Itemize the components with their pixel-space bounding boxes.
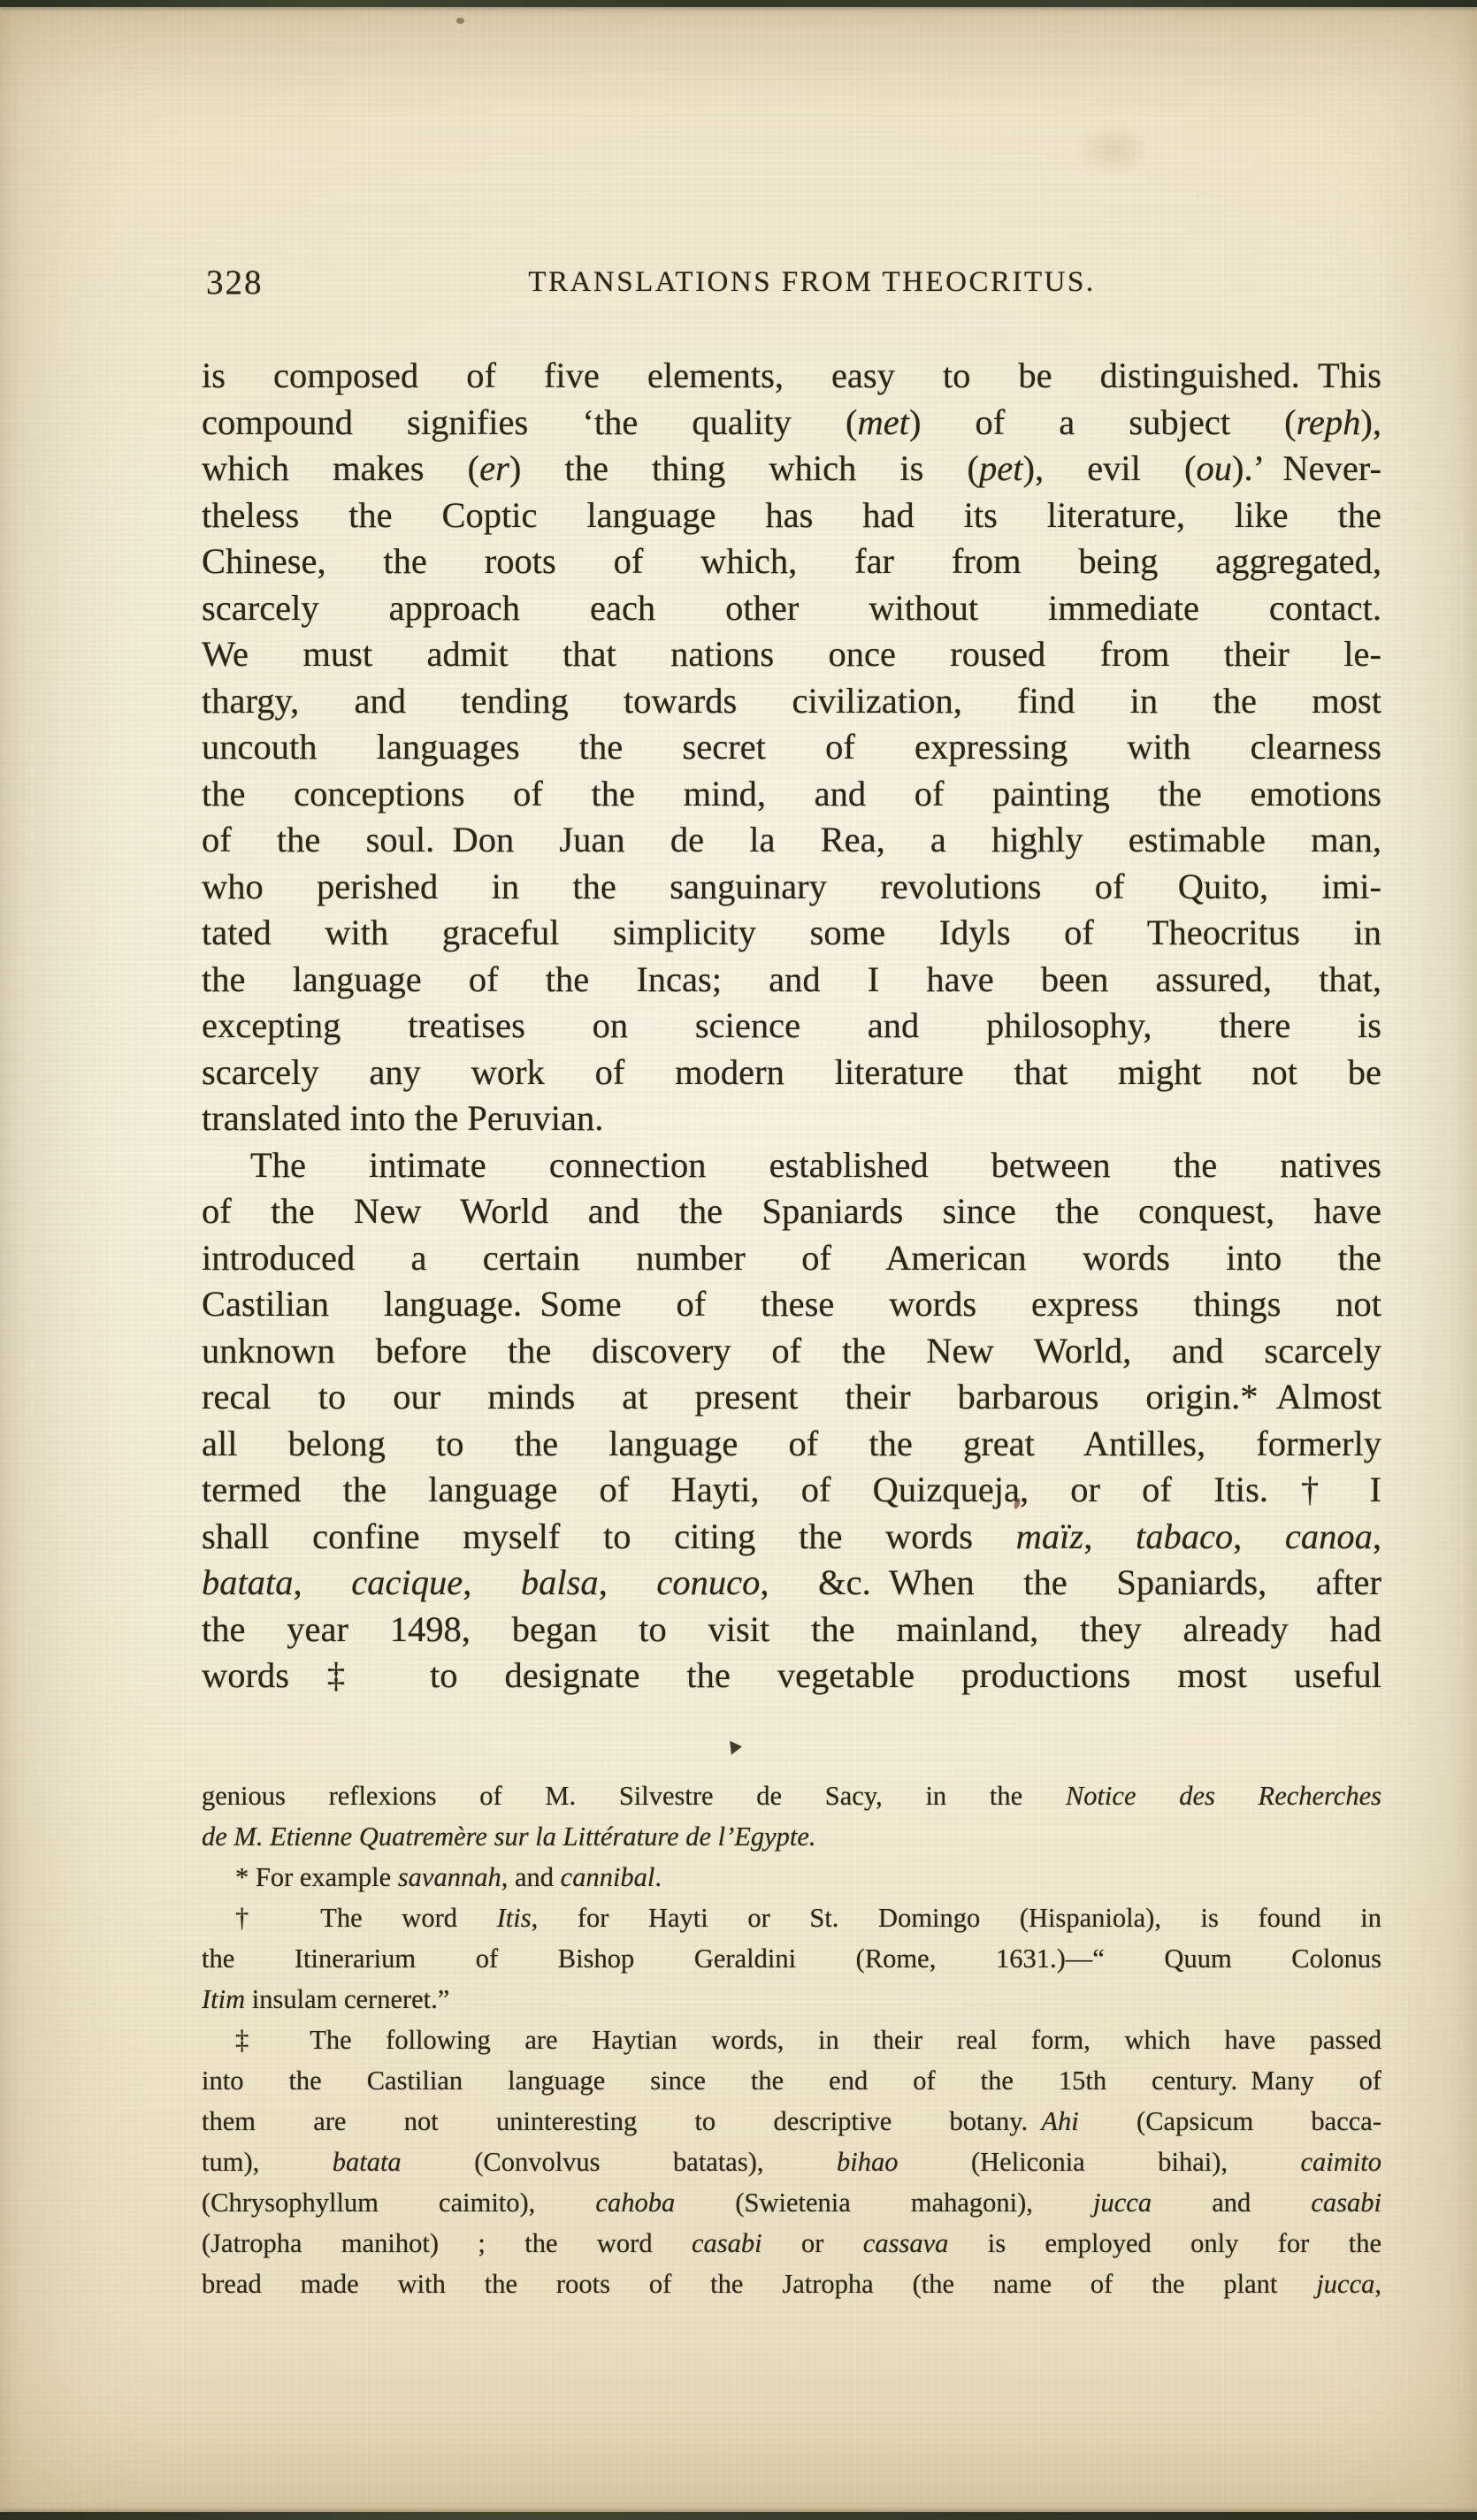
text-run: , <box>1233 1516 1285 1556</box>
text-line: The intimate connection established betw… <box>202 1142 1381 1189</box>
italic-text: jucca <box>1093 2188 1152 2218</box>
scan-edge-bottom <box>0 2512 1477 2520</box>
text-run: theless the Coptic language has had its … <box>202 495 1381 535</box>
italic-text: reph <box>1297 402 1361 442</box>
text-run: . <box>654 1862 662 1892</box>
text-run: † The word <box>235 1903 497 1933</box>
text-run: who perished in the sanguinary revolutio… <box>202 867 1381 906</box>
text-line: genious reflexions of M. Silvestre de Sa… <box>202 1775 1381 1816</box>
text-line: ‡ The following are Haytian words, in th… <box>202 2020 1381 2060</box>
text-line: compound signifies ‘the quality (met) of… <box>202 400 1381 447</box>
italic-text: jucca <box>1316 2269 1374 2299</box>
text-line: Castilian language. Some of these words … <box>202 1281 1381 1328</box>
running-title: TRANSLATIONS FROM THEOCRITUS. <box>462 266 1162 299</box>
text-run: shall confine myself to citing the words <box>202 1516 1016 1556</box>
text-run: tated with graceful simplicity some Idyl… <box>202 913 1381 952</box>
text-line: of the soul. Don Juan de la Rea, a highl… <box>202 817 1381 864</box>
text-run: We must admit that nations once roused f… <box>202 634 1381 674</box>
ink-speck <box>730 1739 743 1754</box>
text-run: or <box>762 2228 863 2258</box>
text-run: (Heliconia bihai), <box>899 2147 1301 2177</box>
text-run: which makes ( <box>202 448 479 488</box>
italic-text: cannibal <box>561 1862 655 1892</box>
paragraph: The intimate connection established betw… <box>202 1142 1381 1699</box>
text-line: the conceptions of the mind, and of pain… <box>202 771 1381 818</box>
italic-text: canoa <box>1285 1516 1373 1556</box>
text-run: the Itinerarium of Bishop Geraldini (Rom… <box>202 1943 1381 1974</box>
italic-text: Itis <box>497 1903 532 1933</box>
text-line: tum), batata (Convolvus batatas), bihao … <box>202 2142 1381 2182</box>
text-line: termed the language of Hayti, of Quizque… <box>202 1467 1381 1514</box>
text-line: which makes (er) the thing which is (pet… <box>202 446 1381 493</box>
italic-text: savannah <box>398 1862 501 1892</box>
text-run: Chinese, the roots of which, far from be… <box>202 541 1381 581</box>
text-run: (Chrysophyllum caimito), <box>202 2188 595 2218</box>
text-run: (Convolvus batatas), <box>402 2147 837 2177</box>
text-run: tum), <box>202 2147 333 2177</box>
text-line: Chinese, the roots of which, far from be… <box>202 538 1381 585</box>
text-run: is employed only for the <box>948 2228 1381 2258</box>
text-line: unknown before the discovery of the New … <box>202 1328 1381 1375</box>
text-line: (Chrysophyllum caimito), cahoba (Swieten… <box>202 2182 1381 2223</box>
text-line: tated with graceful simplicity some Idyl… <box>202 910 1381 957</box>
text-run: * For example <box>235 1862 398 1892</box>
text-run: , <box>1374 2269 1381 2299</box>
text-run: unknown before the discovery of the New … <box>202 1331 1381 1371</box>
text-run: the conceptions of the mind, and of pain… <box>202 774 1381 813</box>
text-line: de M. Etienne Quatremère sur la Littérat… <box>202 1816 1381 1857</box>
text-line: the year 1498, began to visit the mainla… <box>202 1607 1381 1653</box>
text-line: We must admit that nations once roused f… <box>202 631 1381 678</box>
text-line: of the New World and the Spaniards since… <box>202 1188 1381 1235</box>
italic-text: tabaco <box>1136 1516 1233 1556</box>
text-line: Itim insulam cerneret.” <box>202 1979 1381 2020</box>
text-run: words‡ to designate the vegetable produc… <box>202 1655 1381 1695</box>
text-line: excepting treatises on science and philo… <box>202 1003 1381 1050</box>
text-run: ) of a subject ( <box>909 402 1297 442</box>
footnote: † The word Itis, for Hayti or St. Doming… <box>202 1898 1381 2020</box>
italic-text: Ahi <box>1041 2106 1078 2136</box>
italic-text: ou <box>1197 448 1233 488</box>
text-line: † The word Itis, for Hayti or St. Doming… <box>202 1898 1381 1938</box>
text-run: compound signifies ‘the quality ( <box>202 402 857 442</box>
italic-text: de M. Etienne Quatremère sur la Littérat… <box>202 1821 816 1852</box>
italic-text: cassava <box>863 2228 949 2258</box>
italic-text: met <box>857 402 908 442</box>
footnote: * For example savannah, and cannibal. <box>202 1857 1381 1898</box>
italic-text: batata <box>202 1562 294 1602</box>
text-run: genious reflexions of M. Silvestre de Sa… <box>202 1781 1066 1811</box>
italic-text: cahoba <box>595 2188 675 2218</box>
text-run: scarcely approach each other without imm… <box>202 588 1381 628</box>
text-line: (Jatropha manihot) ; the word casabi or … <box>202 2223 1381 2264</box>
text-run: the year 1498, began to visit the mainla… <box>202 1609 1381 1649</box>
text-run: of the New World and the Spaniards since… <box>202 1191 1381 1231</box>
text-line: uncouth languages the secret of expressi… <box>202 724 1381 771</box>
text-run: and <box>1152 2188 1311 2218</box>
paragraph: is composed of five elements, easy to be… <box>202 353 1381 1142</box>
text-run: of the soul. Don Juan de la Rea, a highl… <box>202 820 1381 859</box>
scan-edge-top <box>0 0 1477 7</box>
text-run: insulam cerneret.” <box>245 1984 449 2014</box>
text-run: excepting treatises on science and philo… <box>202 1005 1381 1045</box>
ink-speck <box>456 18 464 24</box>
text-line: recal to our minds at present their barb… <box>202 1374 1381 1421</box>
text-run: (Jatropha manihot) ; the word <box>202 2228 692 2258</box>
text-line: is composed of five elements, easy to be… <box>202 353 1381 400</box>
text-run: (Swietenia mahagoni), <box>675 2188 1093 2218</box>
text-run: ‡ The following are Haytian words, in th… <box>235 2025 1381 2055</box>
text-line: scarcely any work of modern literature t… <box>202 1050 1381 1096</box>
footnote: genious reflexions of M. Silvestre de Sa… <box>202 1775 1381 1857</box>
text-run: ), evil ( <box>1023 448 1197 488</box>
italic-text: cacique <box>351 1562 463 1602</box>
paper-stain <box>1075 124 1154 177</box>
text-run: bread made with the roots of the Jatroph… <box>202 2269 1316 2299</box>
text-line: all belong to the language of the great … <box>202 1421 1381 1468</box>
text-run: is composed of five elements, easy to be… <box>202 355 1381 395</box>
text-run: Castilian language. Some of these words … <box>202 1284 1381 1324</box>
text-run: the language of the Incas; and I have be… <box>202 959 1381 999</box>
text-run: ), <box>1360 402 1381 442</box>
text-run: , <box>294 1562 352 1602</box>
text-run: scarcely any work of modern literature t… <box>202 1052 1381 1092</box>
book-page-scan: 328 TRANSLATIONS FROM THEOCRITUS. is com… <box>0 0 1477 2520</box>
italic-text: batata <box>333 2147 402 2177</box>
italic-text: casabi <box>1311 2188 1381 2218</box>
text-run: recal to our minds at present their barb… <box>202 1377 1381 1417</box>
text-line: into the Castilian language since the en… <box>202 2060 1381 2101</box>
text-run: , <box>599 1562 657 1602</box>
text-line: words‡ to designate the vegetable produc… <box>202 1653 1381 1699</box>
text-line: batata, cacique, balsa, conuco, &c. When… <box>202 1560 1381 1607</box>
text-line: the Itinerarium of Bishop Geraldini (Rom… <box>202 1938 1381 1979</box>
text-line: the language of the Incas; and I have be… <box>202 957 1381 1004</box>
italic-text: pet <box>979 448 1022 488</box>
text-line: shall confine myself to citing the words… <box>202 1514 1381 1561</box>
text-run: into the Castilian language since the en… <box>202 2066 1381 2096</box>
text-run: ) the thing which is ( <box>509 448 979 488</box>
text-run: them are not uninteresting to descriptiv… <box>202 2106 1041 2136</box>
page-number: 328 <box>206 263 264 302</box>
italic-text: casabi <box>692 2228 762 2258</box>
text-run: thargy, and tending towards civilization… <box>202 681 1381 721</box>
italic-text: Notice des Recherches <box>1066 1781 1381 1811</box>
footnote: ‡ The following are Haytian words, in th… <box>202 2020 1381 2304</box>
text-line: * For example savannah, and cannibal. <box>202 1857 1381 1898</box>
text-run: , <box>463 1562 521 1602</box>
italic-text: er <box>479 448 509 488</box>
text-run: , for Hayti or St. Domingo (Hispaniola),… <box>532 1903 1381 1933</box>
text-run: (Capsicum bacca- <box>1079 2106 1381 2136</box>
text-line: scarcely approach each other without imm… <box>202 585 1381 632</box>
text-run: , <box>1083 1516 1136 1556</box>
text-run: ).’ Never- <box>1232 448 1381 488</box>
text-run: uncouth languages the secret of expressi… <box>202 727 1381 767</box>
text-line: theless the Coptic language has had its … <box>202 493 1381 539</box>
text-line: thargy, and tending towards civilization… <box>202 678 1381 725</box>
text-line: bread made with the roots of the Jatroph… <box>202 2264 1381 2304</box>
text-line: them are not uninteresting to descriptiv… <box>202 2101 1381 2142</box>
text-line: translated into the Peruvian. <box>202 1096 1381 1142</box>
body-text: is composed of five elements, easy to be… <box>202 353 1381 1699</box>
italic-text: caimito <box>1301 2147 1382 2177</box>
text-run: , and <box>501 1862 561 1892</box>
text-run: introduced a certain number of American … <box>202 1238 1381 1278</box>
text-run: all belong to the language of the great … <box>202 1424 1381 1463</box>
text-line: who perished in the sanguinary revolutio… <box>202 864 1381 911</box>
text-run: termed the language of Hayti, of Quizque… <box>202 1470 1381 1509</box>
text-line: introduced a certain number of American … <box>202 1235 1381 1282</box>
text-run: , <box>1373 1516 1381 1556</box>
italic-text: Itim <box>202 1984 245 2014</box>
text-run: , &c. When the Spaniards, after <box>760 1562 1381 1602</box>
italic-text: maïz <box>1016 1516 1084 1556</box>
text-run: The intimate connection established betw… <box>250 1145 1381 1185</box>
italic-text: conuco <box>656 1562 760 1602</box>
italic-text: balsa <box>521 1562 599 1602</box>
italic-text: bihao <box>837 2147 898 2177</box>
text-run: translated into the Peruvian. <box>202 1098 603 1138</box>
footnotes: genious reflexions of M. Silvestre de Sa… <box>202 1775 1381 2304</box>
